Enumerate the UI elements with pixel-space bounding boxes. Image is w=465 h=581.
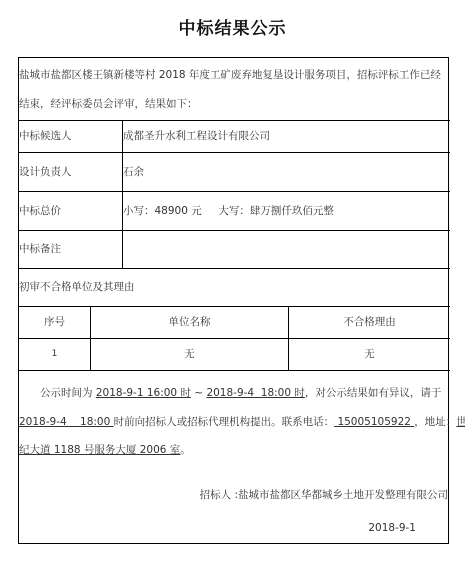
cell-index: 1: [19, 347, 90, 361]
divider: [19, 152, 450, 153]
notice-text: ，地址：: [414, 416, 456, 428]
col-header-unit-name: 单位名称: [91, 315, 288, 329]
signature-date: 2018-9-1: [368, 521, 416, 535]
notice-end-time: 2018-9-4 18:00 时: [206, 387, 304, 399]
contact-address: 纪大道 1188 号服务大厦 2006 室: [19, 444, 180, 456]
notice-text: ，对公示结果如有异议，请于: [305, 387, 442, 399]
divider: [19, 230, 450, 231]
value-winning-candidate: 成都圣升水利工程设计有限公司: [123, 129, 270, 143]
col-header-index: 序号: [19, 315, 90, 329]
notice-text: 公示时间为: [40, 387, 96, 399]
notice-text: ~: [191, 387, 206, 399]
notice-text: 时前向招标人或招标代理机构提出。联系电话：: [114, 416, 335, 428]
tenderer-signature: 招标人 :盐城市盐都区华都城乡土地开发整理有限公司: [200, 488, 448, 502]
label-winning-candidate: 中标候选人: [19, 129, 72, 143]
divider: [19, 191, 450, 192]
value-design-lead: 石余: [123, 165, 144, 179]
cell-reason: 无: [289, 347, 450, 361]
contact-address: 世: [456, 416, 465, 428]
divider: [19, 338, 450, 339]
divider: [19, 268, 450, 269]
notice-line-1: 公示时间为 2018-9-1 16:00 时 ~ 2018-9-4 18:00 …: [40, 386, 441, 400]
contact-phone: 15005105922: [334, 416, 414, 428]
label-remarks: 中标备注: [19, 242, 61, 256]
divider: [19, 120, 450, 121]
divider: [19, 370, 450, 371]
result-table: 盐城市盐都区楼王镇新楼等村 2018 年度工矿废弃地复垦设计服务项目，招标评标工…: [18, 57, 449, 544]
label-total-price: 中标总价: [19, 204, 61, 218]
cell-unit-name: 无: [91, 347, 288, 361]
disqualified-heading: 初审不合格单位及其理由: [19, 280, 135, 294]
notice-start-time: 2018-9-1 16:00 时: [96, 387, 191, 399]
label-design-lead: 设计负责人: [19, 165, 72, 179]
intro-line-1: 盐城市盐都区楼王镇新楼等村 2018 年度工矿废弃地复垦设计服务项目，招标评标工…: [19, 68, 441, 82]
notice-line-2: 2018-9-4 18:00 时前向招标人或招标代理机构提出。联系电话： 150…: [19, 415, 465, 429]
value-total-price: 小写：48900 元 大写：肆万捌仟玖佰元整: [123, 204, 334, 218]
page-title: 中标结果公示: [0, 14, 465, 39]
notice-line-3: 纪大道 1188 号服务大厦 2006 室。: [19, 443, 191, 457]
divider: [19, 306, 450, 307]
notice-deadline: 2018-9-4 18:00: [19, 416, 114, 428]
notice-text: 。: [180, 444, 191, 456]
intro-line-2: 结束，经评标委员会评审，结果如下：: [19, 97, 198, 111]
col-header-reason: 不合格理由: [289, 315, 450, 329]
